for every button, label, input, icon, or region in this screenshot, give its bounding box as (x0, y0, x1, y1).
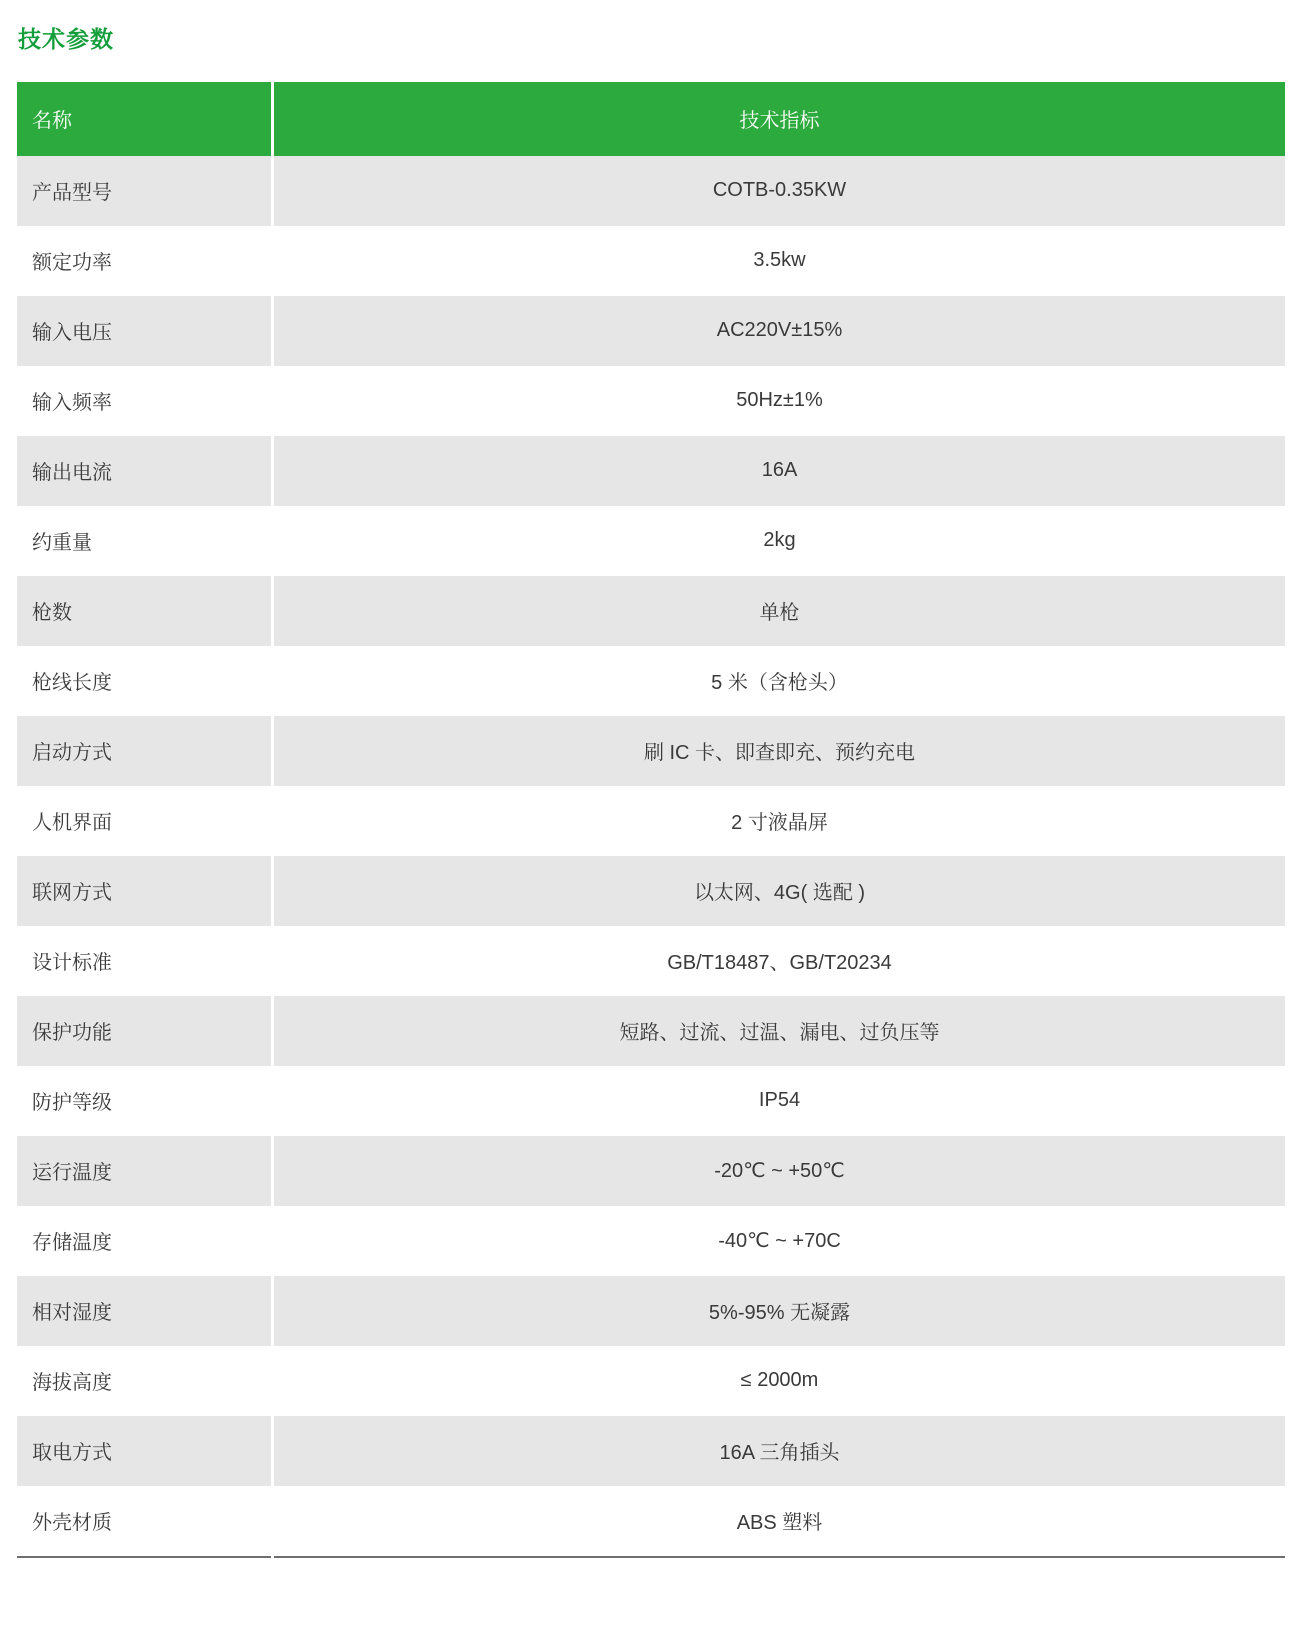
spec-value-cell: 16A (273, 436, 1286, 506)
table-row: 人机界面 2 寸液晶屏 (17, 786, 1285, 856)
spec-value-cell: 50Hz±1% (273, 366, 1286, 436)
spec-value-cell: ABS 塑料 (273, 1486, 1286, 1557)
spec-label-cell: 防护等级 (17, 1066, 273, 1136)
spec-value-cell: 短路、过流、过温、漏电、过负压等 (273, 996, 1286, 1066)
section-title: 技术参数 (18, 26, 1285, 54)
spec-label-cell: 输入电压 (17, 296, 273, 366)
spec-value-cell: 16A 三角插头 (273, 1416, 1286, 1486)
spec-label-cell: 海拔高度 (17, 1346, 273, 1416)
table-row: 枪数 单枪 (17, 576, 1285, 646)
spec-label-cell: 设计标准 (17, 926, 273, 996)
spec-value-cell: 3.5kw (273, 226, 1286, 296)
page-container: 技术参数 名称 技术指标 产品型号 COTB-0.35KW 额定功率 3.5kw… (0, 0, 1300, 1558)
spec-table-header: 名称 技术指标 (17, 82, 1285, 156)
spec-value-cell: 以太网、4G( 选配 ) (273, 856, 1286, 926)
header-cell-spec: 技术指标 (273, 82, 1286, 156)
spec-label-cell: 输出电流 (17, 436, 273, 506)
spec-value-cell: COTB-0.35KW (273, 156, 1286, 226)
table-row: 防护等级 IP54 (17, 1066, 1285, 1136)
spec-value-cell: 刷 IC 卡、即查即充、预约充电 (273, 716, 1286, 786)
table-row: 产品型号 COTB-0.35KW (17, 156, 1285, 226)
spec-table: 名称 技术指标 产品型号 COTB-0.35KW 额定功率 3.5kw 输入电压… (17, 82, 1285, 1558)
table-row: 联网方式 以太网、4G( 选配 ) (17, 856, 1285, 926)
spec-value-cell: 单枪 (273, 576, 1286, 646)
spec-label-cell: 取电方式 (17, 1416, 273, 1486)
spec-label-cell: 联网方式 (17, 856, 273, 926)
spec-label-cell: 枪数 (17, 576, 273, 646)
spec-label-cell: 运行温度 (17, 1136, 273, 1206)
spec-label-cell: 额定功率 (17, 226, 273, 296)
spec-label-cell: 存储温度 (17, 1206, 273, 1276)
header-cell-name: 名称 (17, 82, 273, 156)
spec-table-body: 产品型号 COTB-0.35KW 额定功率 3.5kw 输入电压 AC220V±… (17, 156, 1285, 1557)
table-row: 额定功率 3.5kw (17, 226, 1285, 296)
table-row: 外壳材质 ABS 塑料 (17, 1486, 1285, 1557)
spec-value-cell: 2 寸液晶屏 (273, 786, 1286, 856)
table-row: 输入频率 50Hz±1% (17, 366, 1285, 436)
table-row: 启动方式 刷 IC 卡、即查即充、预约充电 (17, 716, 1285, 786)
spec-label-cell: 外壳材质 (17, 1486, 273, 1557)
spec-value-cell: 2kg (273, 506, 1286, 576)
spec-label-cell: 产品型号 (17, 156, 273, 226)
spec-label-cell: 启动方式 (17, 716, 273, 786)
table-row: 保护功能 短路、过流、过温、漏电、过负压等 (17, 996, 1285, 1066)
spec-value-cell: 5%-95% 无凝露 (273, 1276, 1286, 1346)
spec-value-cell: GB/T18487、GB/T20234 (273, 926, 1286, 996)
table-row: 枪线长度 5 米（含枪头） (17, 646, 1285, 716)
spec-value-cell: -40℃ ~ +70C (273, 1206, 1286, 1276)
table-row: 取电方式 16A 三角插头 (17, 1416, 1285, 1486)
table-row: 运行温度 -20℃ ~ +50℃ (17, 1136, 1285, 1206)
table-row: 输入电压 AC220V±15% (17, 296, 1285, 366)
spec-value-cell: 5 米（含枪头） (273, 646, 1286, 716)
spec-value-cell: -20℃ ~ +50℃ (273, 1136, 1286, 1206)
table-row: 相对湿度 5%-95% 无凝露 (17, 1276, 1285, 1346)
table-row: 设计标准 GB/T18487、GB/T20234 (17, 926, 1285, 996)
spec-label-cell: 相对湿度 (17, 1276, 273, 1346)
table-row: 输出电流 16A (17, 436, 1285, 506)
spec-label-cell: 人机界面 (17, 786, 273, 856)
spec-value-cell: IP54 (273, 1066, 1286, 1136)
spec-label-cell: 约重量 (17, 506, 273, 576)
table-row: 约重量 2kg (17, 506, 1285, 576)
spec-value-cell: AC220V±15% (273, 296, 1286, 366)
spec-label-cell: 输入频率 (17, 366, 273, 436)
spec-value-cell: ≤ 2000m (273, 1346, 1286, 1416)
table-row: 存储温度 -40℃ ~ +70C (17, 1206, 1285, 1276)
spec-label-cell: 保护功能 (17, 996, 273, 1066)
spec-label-cell: 枪线长度 (17, 646, 273, 716)
header-row: 名称 技术指标 (17, 82, 1285, 156)
table-row: 海拔高度 ≤ 2000m (17, 1346, 1285, 1416)
